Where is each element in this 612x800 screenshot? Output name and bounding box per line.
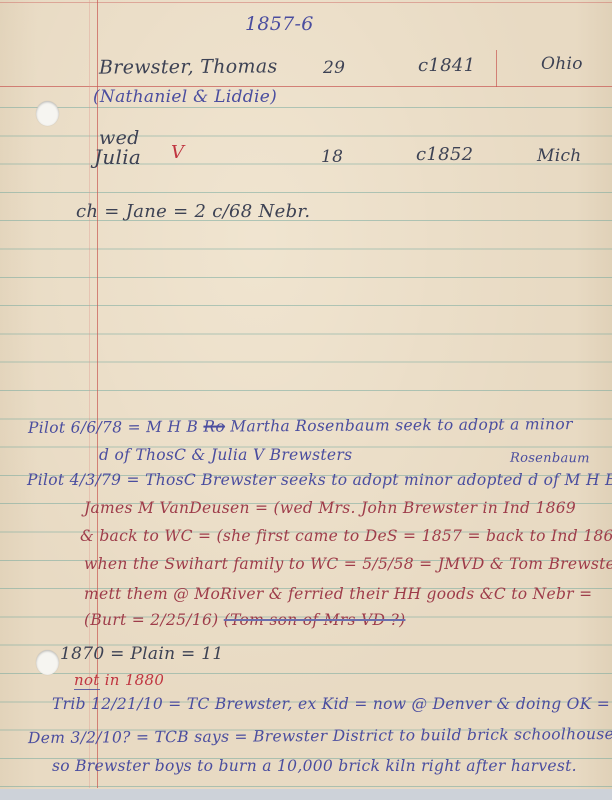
husband-birthplace: Ohio xyxy=(541,54,583,74)
adoption-note-2-superscript: Rosenbaum xyxy=(510,451,590,467)
not-in-1880-rest: in 1880 xyxy=(100,671,165,689)
margin-line xyxy=(97,0,98,788)
vandeusen-line-3: when the Swihart family to WC = 5/5/58 =… xyxy=(84,555,612,573)
scanned-note-page: 1857-6 Brewster, Thomas 29 c1841 Ohio (N… xyxy=(0,0,612,800)
children-line: ch = Jane = 2 c/68 Nebr. xyxy=(76,201,310,222)
adoption-note-1-post: Martha Rosenbaum seek to adopt a minor xyxy=(225,415,573,435)
punch-hole-top xyxy=(36,101,59,126)
vandeusen-line-1: James M VanDeusen = (wed Mrs. John Brews… xyxy=(84,499,576,517)
not-in-1880-underlined: not xyxy=(74,671,100,690)
scanner-edge xyxy=(0,789,612,800)
adoption-note-2: Pilot 4/3/79 = ThosC Brewster seeks to a… xyxy=(27,471,612,489)
husband-birth-year: c1841 xyxy=(418,55,475,76)
wife-red-mark: V xyxy=(171,142,184,163)
top-red-rule xyxy=(0,2,612,3)
wife-age: 18 xyxy=(321,147,343,167)
vandeusen-line-5-struck: (Tom son of Mrs VD ?) xyxy=(224,611,406,629)
column-red-rule xyxy=(496,50,497,87)
punch-hole-bottom xyxy=(36,650,59,675)
wife-birth-year: c1852 xyxy=(416,144,473,165)
wife-name: Julia xyxy=(94,145,141,169)
newspaper-note-3: so Brewster boys to burn a 10,000 brick … xyxy=(52,757,577,775)
husband-parents-note: (Nathaniel & Liddie) xyxy=(93,87,277,107)
vandeusen-line-2: & back to WC = (she first came to DeS = … xyxy=(80,527,612,545)
newspaper-note-1: Trib 12/21/10 = TC Brewster, ex Kid = no… xyxy=(52,695,610,713)
newspaper-note-2: Dem 3/2/10? = TCB says = Brewster Distri… xyxy=(28,725,612,747)
husband-age: 29 xyxy=(323,58,345,78)
adoption-note-1-pre: Pilot 6/6/78 = M H B xyxy=(28,418,204,437)
vandeusen-line-5-pre: (Burt = 2/25/16) xyxy=(84,611,224,629)
margin-line-faint xyxy=(89,0,90,788)
header-red-rule xyxy=(0,86,612,87)
vandeusen-line-4: mett them @ MoRiver & ferried their HH g… xyxy=(84,585,592,603)
vandeusen-line-5: (Burt = 2/25/16) (Tom son of Mrs VD ?) xyxy=(84,611,405,629)
page-title: 1857-6 xyxy=(245,13,314,35)
census-1870-line: 1870 = Plain = 11 xyxy=(60,644,224,664)
adoption-note-1-struck: Ro xyxy=(203,418,225,436)
adoption-note-1: Pilot 6/6/78 = M H B Ro Martha Rosenbaum… xyxy=(28,415,573,437)
adoption-note-1-cont: d of ThosC & Julia V Brewsters xyxy=(99,446,352,464)
not-in-1880-line: not in 1880 xyxy=(74,671,164,689)
husband-name: Brewster, Thomas xyxy=(99,55,278,78)
wife-birthplace: Mich xyxy=(537,146,582,166)
